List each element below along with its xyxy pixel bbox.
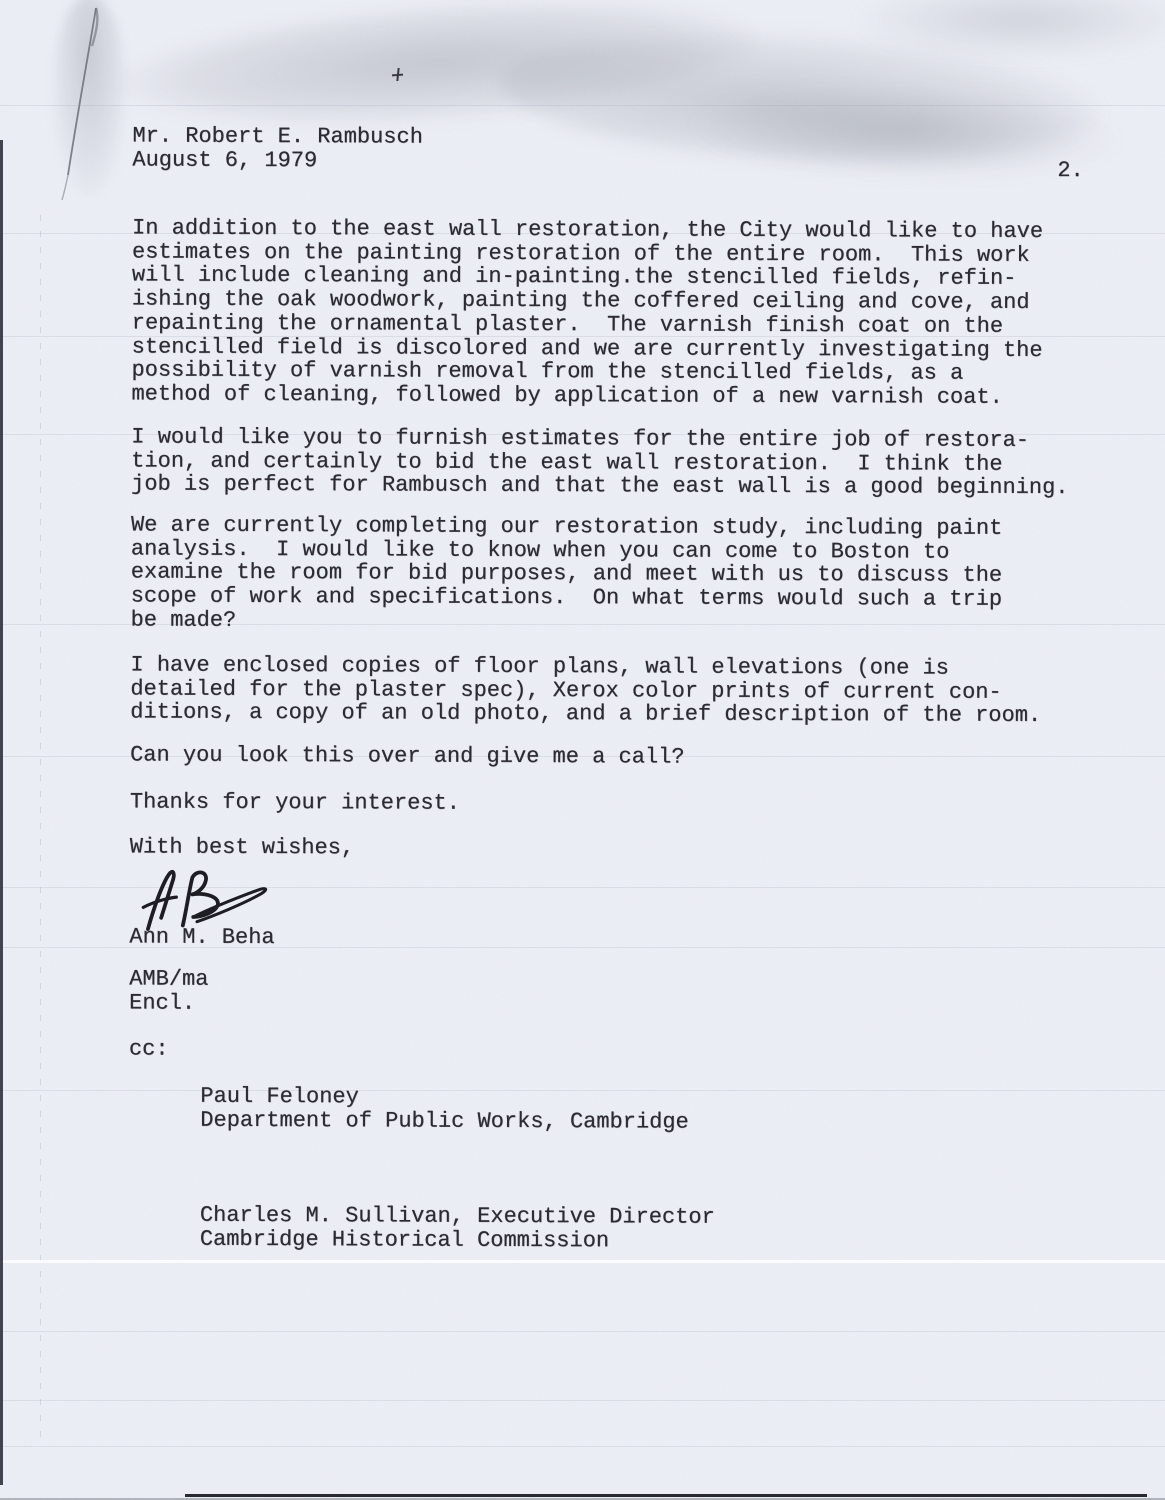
closing-request-line: Can you look this over and give me a cal… xyxy=(130,744,685,770)
cc-entry: Charles M. Sullivan, Executive Director … xyxy=(200,1204,715,1253)
body-paragraph-2: I would like you to furnish estimates fo… xyxy=(131,426,1069,501)
cc-label: cc: xyxy=(129,1038,169,1062)
letter-header: Mr. Robert E. RambuschAugust 6, 1979 xyxy=(132,125,423,174)
cc-entry: Paul Feloney Department of Public Works,… xyxy=(200,1085,715,1134)
page-number: 2. xyxy=(1057,159,1083,183)
closing-thanks-line: Thanks for your interest. xyxy=(130,791,460,816)
scanned-letter-page: Mr. Robert E. RambuschAugust 6, 1979 2. … xyxy=(0,0,1165,1500)
signer-name: Ann M. Beha xyxy=(129,926,274,950)
valediction-line: With best wishes, xyxy=(130,836,355,861)
body-paragraph-4: I have enclosed copies of floor plans, w… xyxy=(130,654,1041,729)
letter-content: Mr. Robert E. RambuschAugust 6, 1979 2. … xyxy=(0,0,1165,1500)
reference-initials-block: AMB/ma Encl. xyxy=(129,968,208,1016)
recipient-name: Mr. Robert E. Rambusch xyxy=(132,124,423,150)
cc-block: cc: Paul Feloney Department of Public Wo… xyxy=(128,1038,715,1301)
body-paragraph-1: In addition to the east wall restoration… xyxy=(131,217,1043,410)
letter-date: August 6, 1979 xyxy=(132,147,317,173)
body-paragraph-3: We are currently completing our restorat… xyxy=(131,514,1003,636)
cc-entries: Paul Feloney Department of Public Works,… xyxy=(200,1038,716,1301)
